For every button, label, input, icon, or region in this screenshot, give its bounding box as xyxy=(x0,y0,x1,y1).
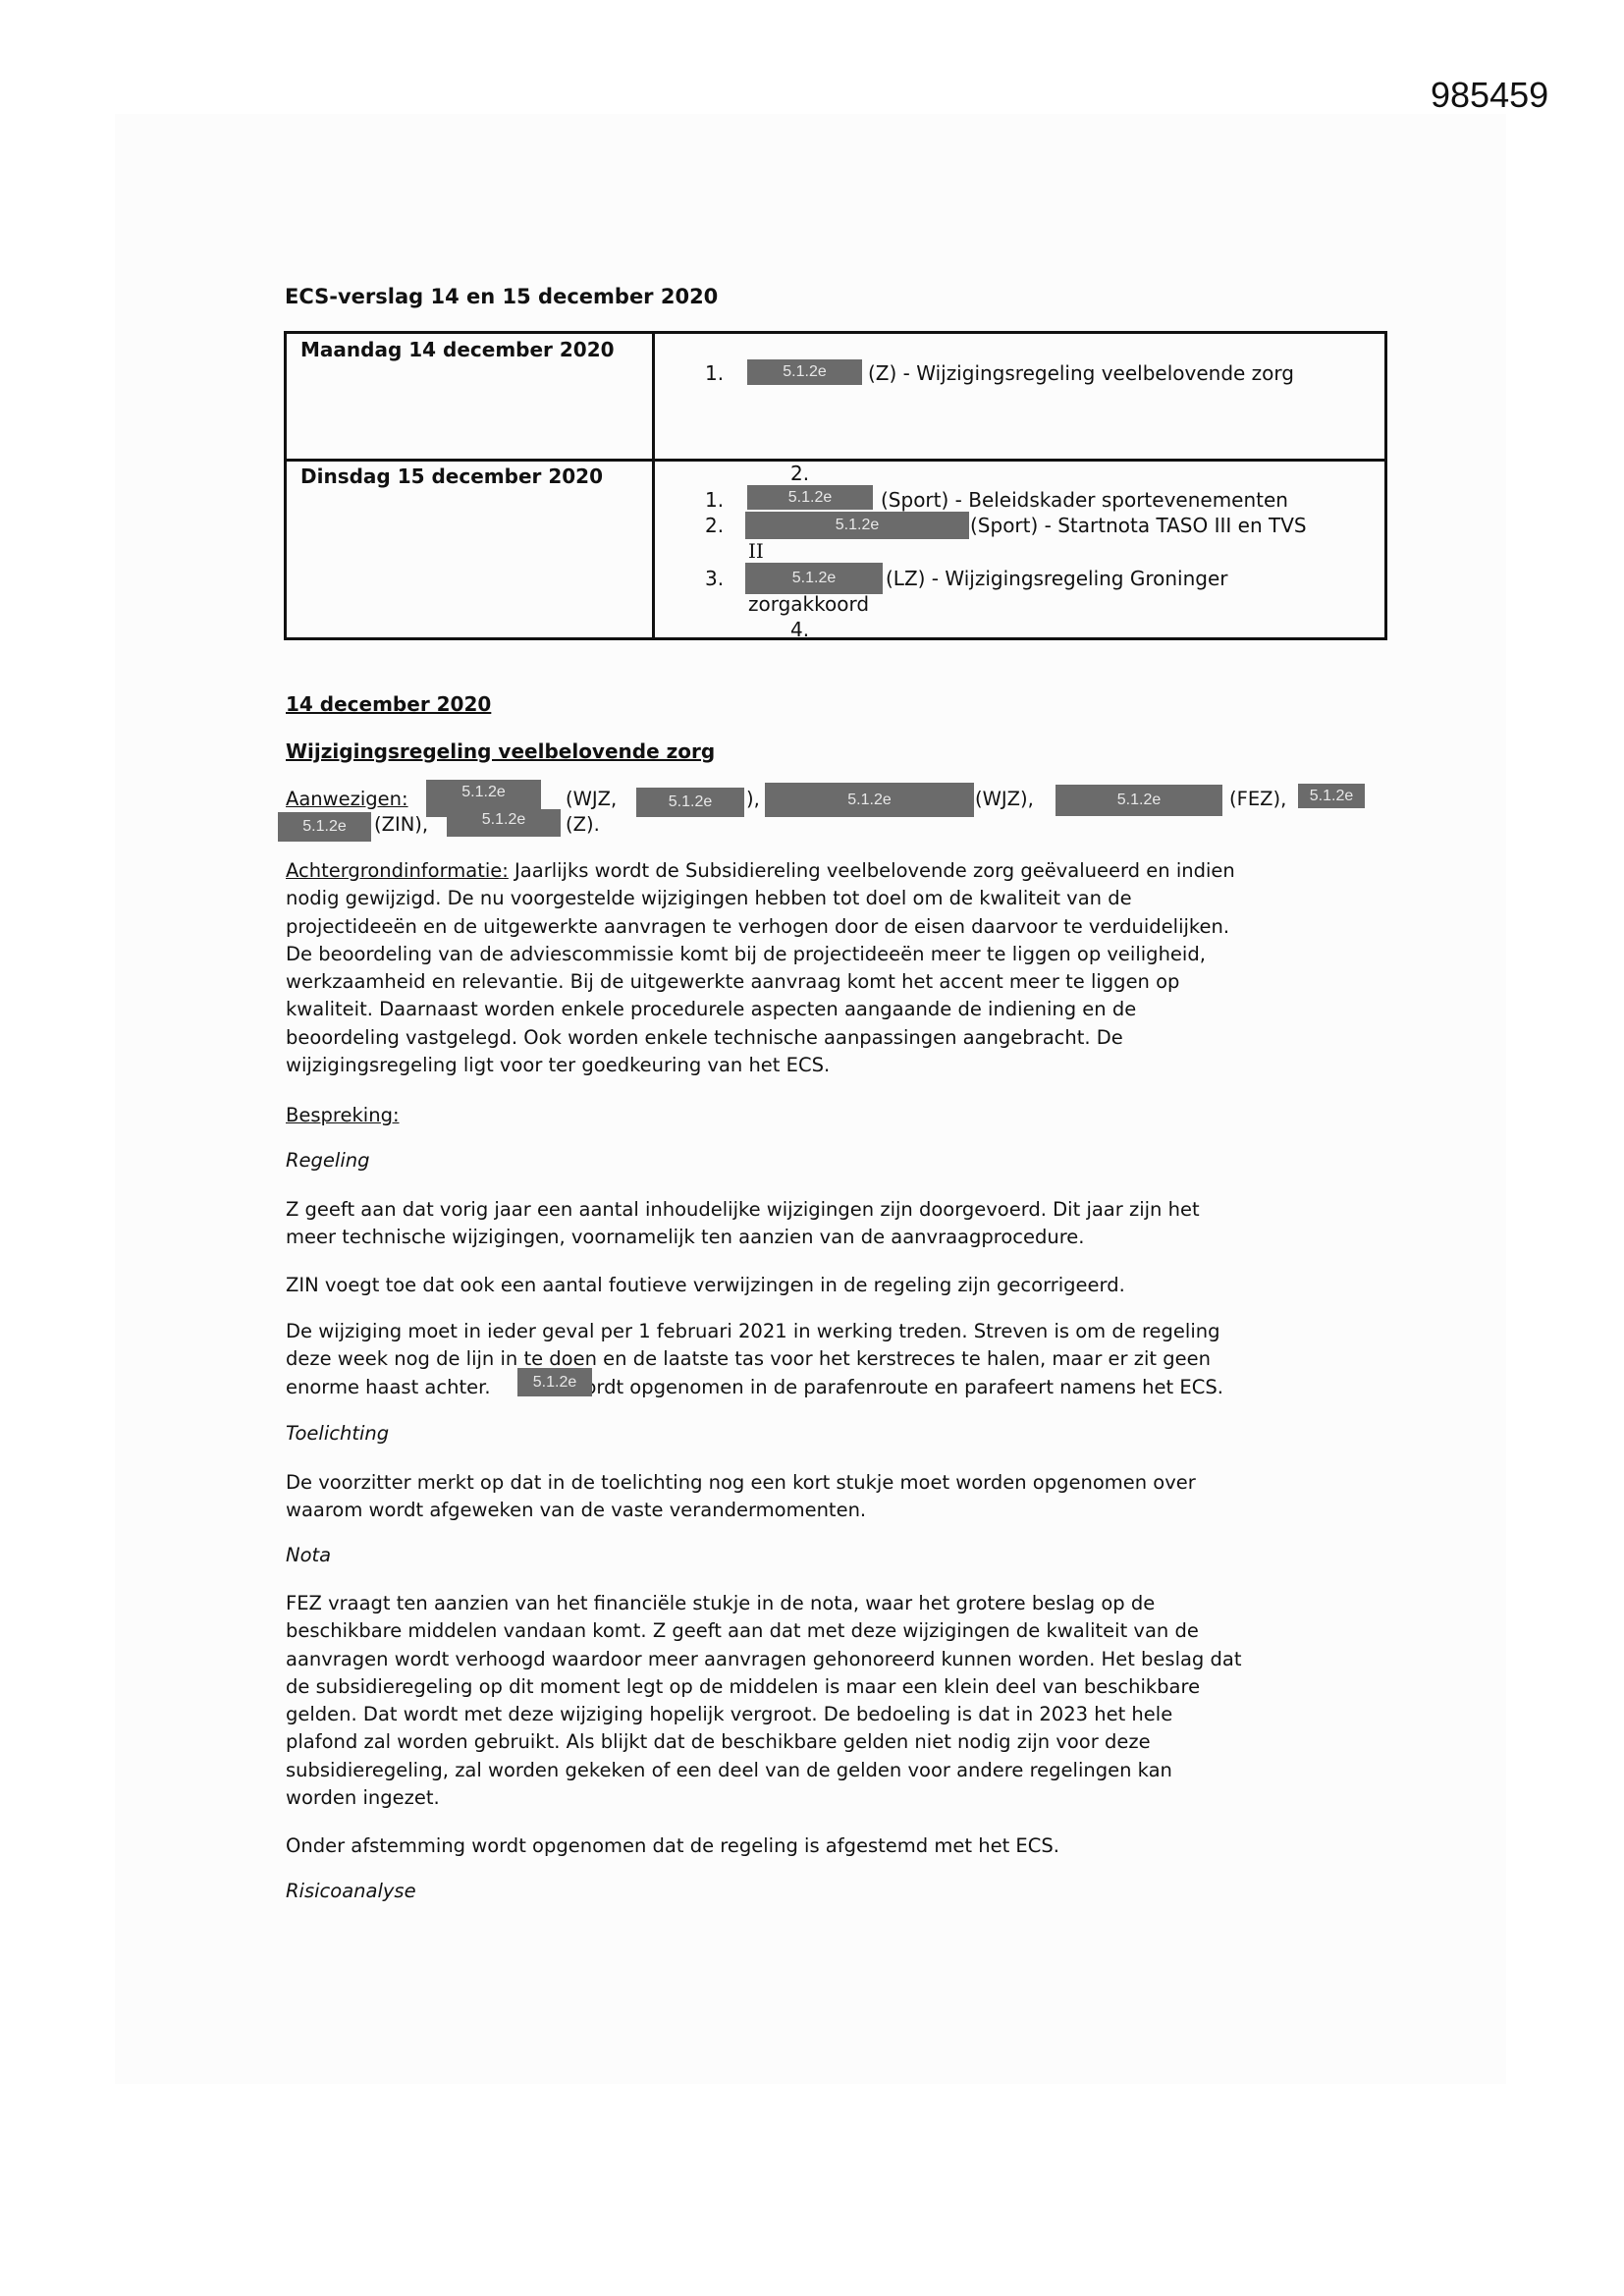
agenda-item-text: (Sport) - Startnota TASO III en TVS xyxy=(970,514,1307,537)
background-label: Achtergrondinformatie: xyxy=(286,859,509,882)
agenda-item-number: 1. xyxy=(705,361,724,385)
attendee-affiliation: ), xyxy=(746,786,760,813)
attendees-label: Aanwezigen: xyxy=(286,786,408,813)
toelichting-paragraph: De voorzitter merkt op dat in de toelich… xyxy=(286,1469,1366,1525)
subheading-regeling: Regeling xyxy=(286,1149,370,1172)
attendee-affiliation: (ZIN), xyxy=(374,811,428,839)
section-topic-heading: Wijzigingsregeling veelbelovende zorg xyxy=(286,739,715,763)
regeling-paragraph-3: De wijziging moet in ieder geval per 1 f… xyxy=(286,1318,1366,1401)
redaction-box: 5.1.2e xyxy=(745,512,969,539)
table-divider-horizontal xyxy=(287,459,1384,462)
table-divider-vertical xyxy=(652,334,655,637)
redaction-box: 5.1.2e xyxy=(765,783,974,817)
redaction-box: 5.1.2e xyxy=(747,485,873,510)
redaction-box: 5.1.2e xyxy=(747,359,862,385)
agenda-item-continuation: zorgakkoord xyxy=(748,592,869,616)
agenda-stray-number: 4. xyxy=(790,618,809,641)
redaction-box: 5.1.2e xyxy=(517,1368,592,1396)
regeling-paragraph-2: ZIN voegt toe dat ook een aantal foutiev… xyxy=(286,1272,1366,1299)
redaction-box: 5.1.2e xyxy=(745,563,883,594)
subheading-toelichting: Toelichting xyxy=(286,1422,389,1445)
attendee-affiliation: (WJZ), xyxy=(975,786,1034,813)
agenda-item-text: (Sport) - Beleidskader sportevenementen xyxy=(881,488,1288,512)
nota-paragraph-2: Onder afstemming wordt opgenomen dat de … xyxy=(286,1832,1366,1860)
agenda-item-text: (LZ) - Wijzigingsregeling Groninger xyxy=(886,567,1228,590)
subheading-nota: Nota xyxy=(286,1544,331,1566)
agenda-stray-number: 2. xyxy=(790,462,809,485)
attendee-affiliation: (WJZ, xyxy=(566,786,617,813)
agenda-item-number: 2. xyxy=(705,514,724,537)
redaction-box: 5.1.2e xyxy=(636,788,744,817)
document-id-number: 985459 xyxy=(1431,75,1548,116)
agenda-item-continuation: II xyxy=(748,539,764,563)
agenda-item-text: (Z) - Wijzigingsregeling veelbelovende z… xyxy=(868,361,1294,385)
regeling-paragraph-1: Z geeft aan dat vorig jaar een aantal in… xyxy=(286,1196,1366,1252)
section-date-heading: 14 december 2020 xyxy=(286,692,491,716)
agenda-item-number: 1. xyxy=(705,488,724,512)
agenda-day-tuesday: Dinsdag 15 december 2020 xyxy=(300,465,603,488)
redaction-box: 5.1.2e xyxy=(1298,784,1365,808)
redaction-box: 5.1.2e xyxy=(447,809,561,837)
redaction-box: 5.1.2e xyxy=(278,812,371,842)
agenda-day-monday: Maandag 14 december 2020 xyxy=(300,338,615,361)
nota-paragraph-1: FEZ vraagt ten aanzien van het financiël… xyxy=(286,1590,1366,1812)
redaction-box: 5.1.2e xyxy=(1056,785,1222,816)
attendee-affiliation: (FEZ), xyxy=(1229,786,1286,813)
document-title: ECS-verslag 14 en 15 december 2020 xyxy=(285,285,718,308)
agenda-item-number: 3. xyxy=(705,567,724,590)
subheading-risicoanalyse: Risicoanalyse xyxy=(286,1880,416,1902)
attendee-affiliation: (Z). xyxy=(566,811,600,839)
background-paragraph: Achtergrondinformatie: Jaarlijks wordt d… xyxy=(286,857,1366,1079)
discussion-label: Bespreking: xyxy=(286,1102,400,1129)
